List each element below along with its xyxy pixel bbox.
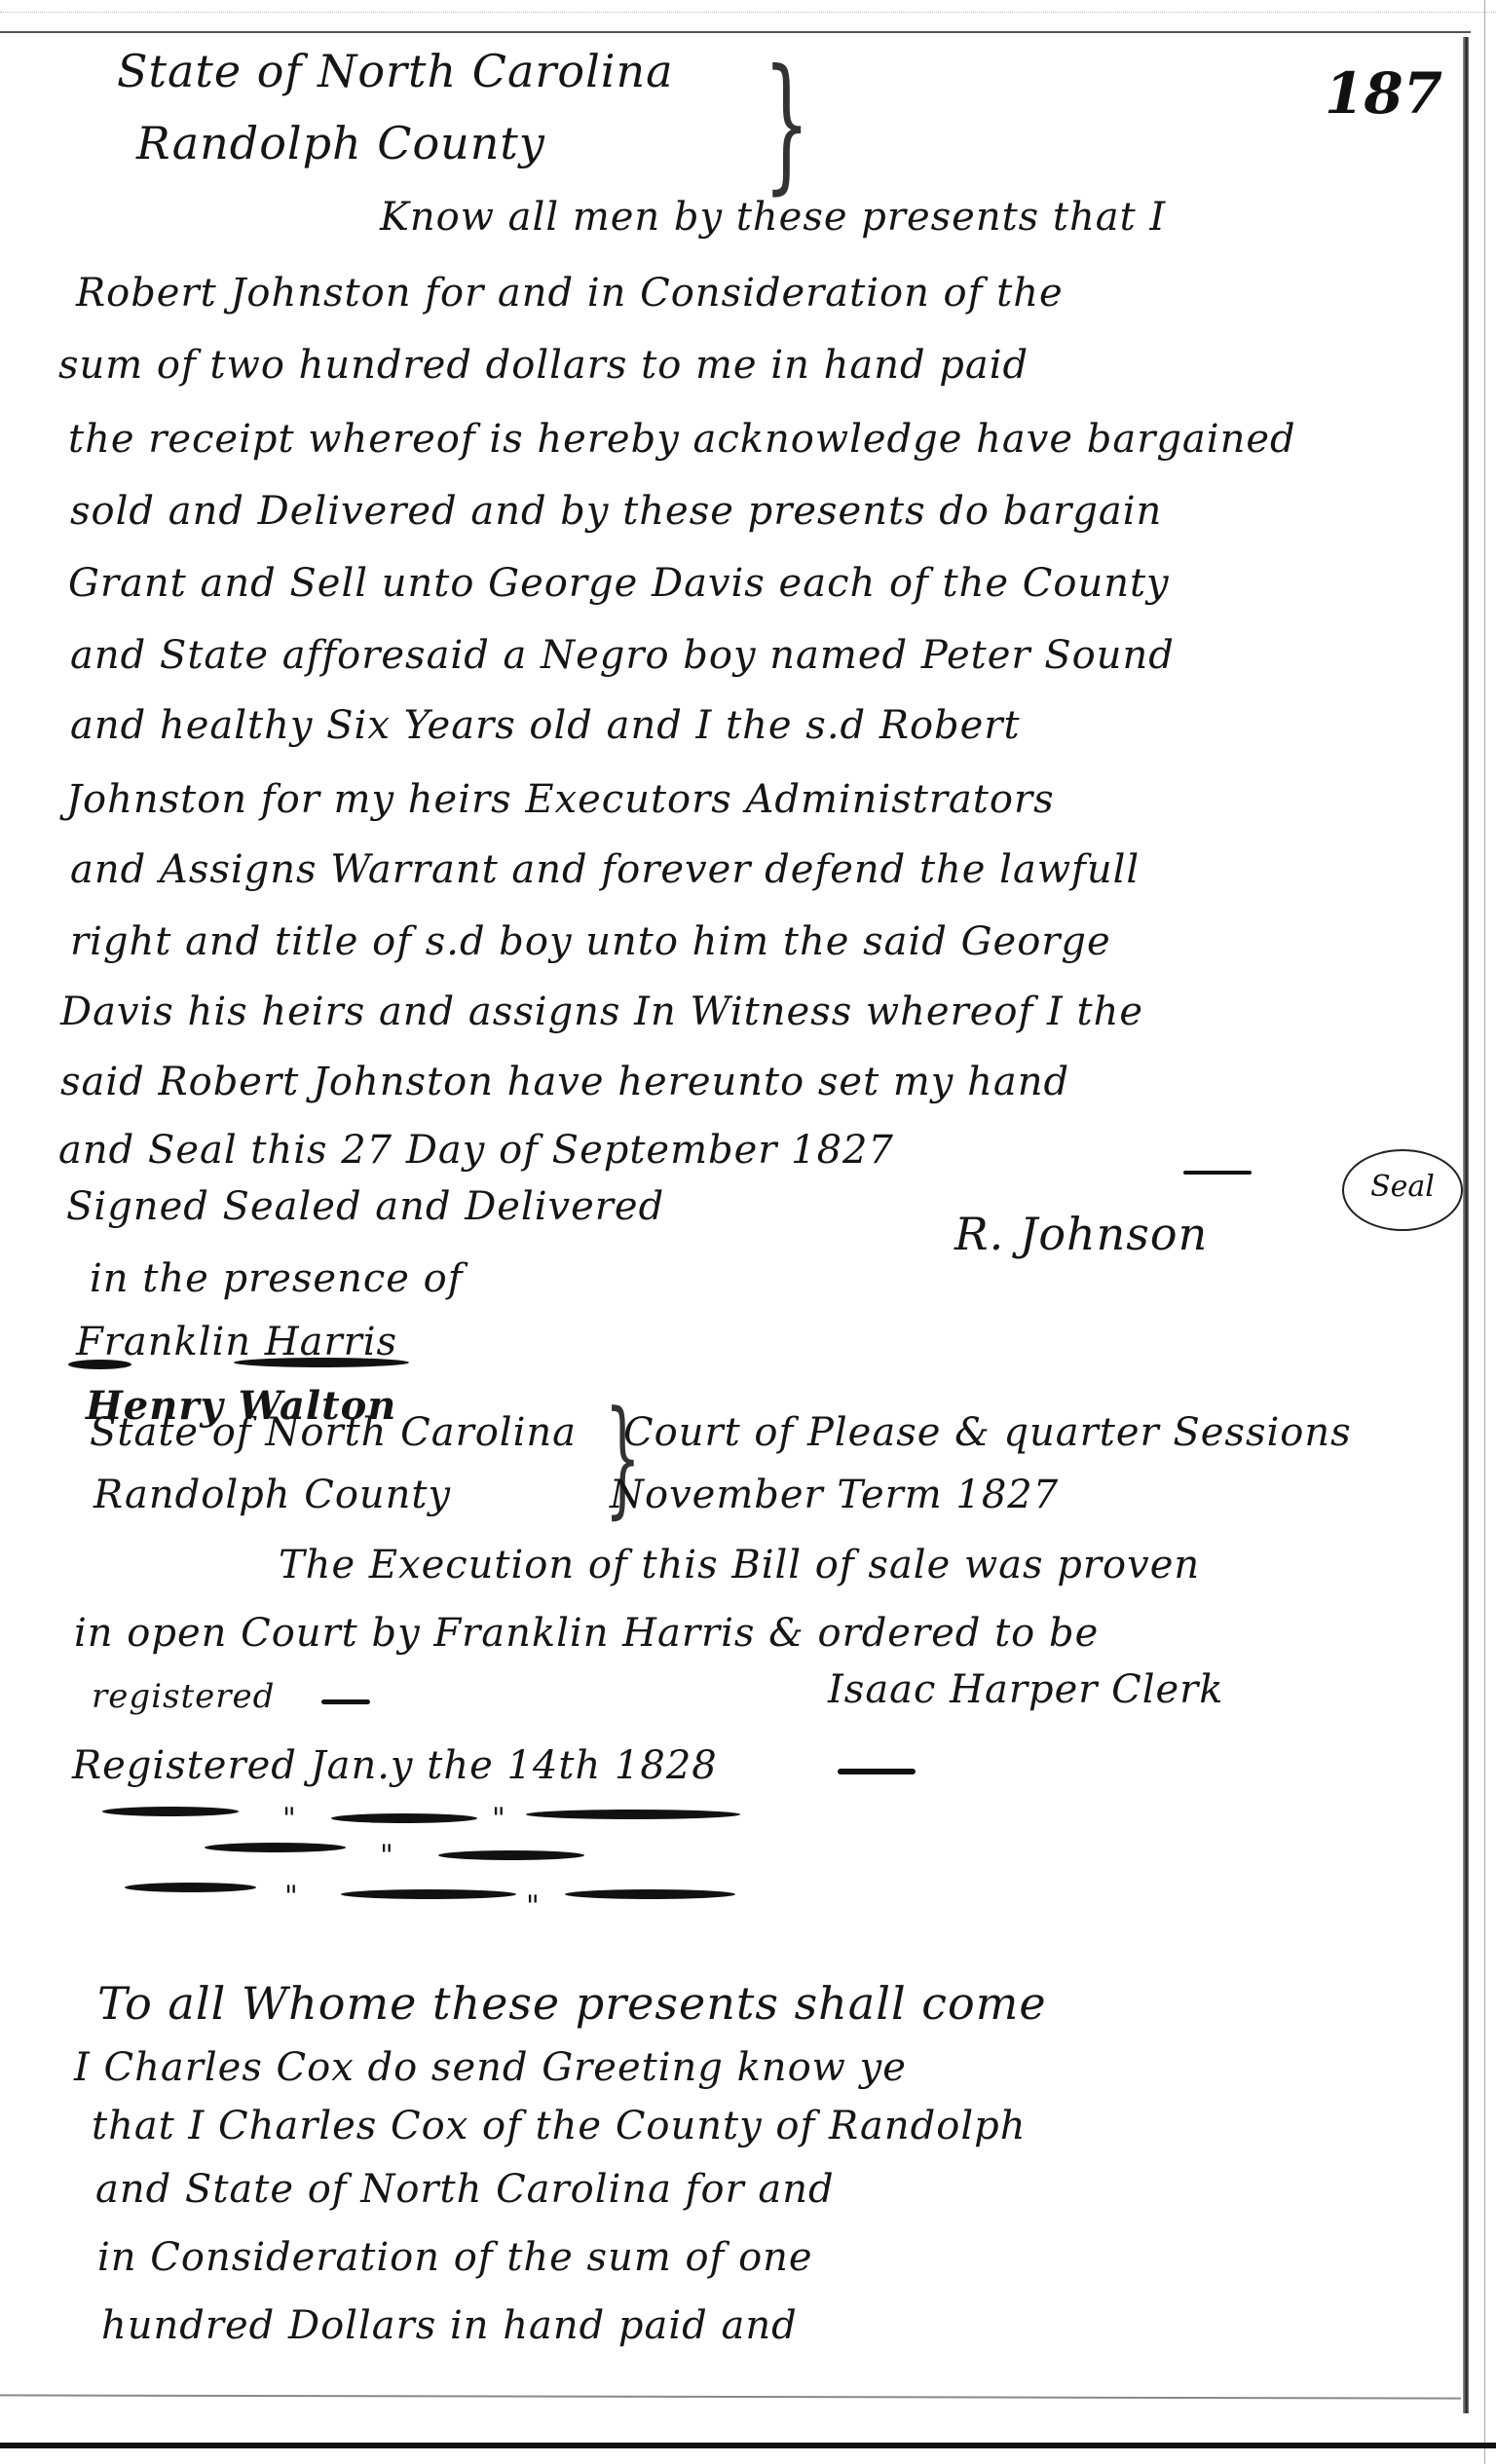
deed1-line: sum of two hundred dollars to me in hand… — [58, 343, 1028, 388]
page-bottom-edge — [0, 2394, 1461, 2399]
scan-right-border — [1484, 0, 1485, 2464]
deed1-line: right and title of s.d boy unto him the … — [70, 919, 1111, 964]
deed1-heading-state: State of North Carolina — [117, 45, 674, 97]
court-line: The Execution of this Bill of sale was p… — [279, 1543, 1200, 1587]
flourish-line — [341, 1889, 516, 1899]
deed2-line: that I Charles Cox of the County of Rand… — [92, 2104, 1027, 2148]
court-heading-county: Randolph County — [93, 1473, 451, 1517]
deed1-line: and healthy Six Years old and I the s.d … — [70, 703, 1021, 748]
seal-icon: Seal — [1342, 1149, 1463, 1231]
registered-flourish — [321, 1699, 370, 1704]
court-heading-state: State of North Carolina — [90, 1410, 577, 1455]
deed2-line: in Consideration of the sum of one — [97, 2235, 813, 2280]
flourish-line — [526, 1810, 740, 1819]
registered-underline — [838, 1769, 916, 1774]
ditto-mark: " — [380, 1839, 393, 1873]
registered-date: Registered Jan.y the 14th 1828 — [72, 1743, 718, 1788]
deed2-line: hundred Dollars in hand paid and — [101, 2303, 798, 2348]
deed1-line: said Robert Johnston have hereunto set m… — [60, 1060, 1069, 1104]
deed1-line: sold and Delivered and by these presents… — [70, 489, 1162, 534]
page-right-edge — [1463, 37, 1469, 2413]
deed2-line: I Charles Cox do send Greeting know ye — [74, 2045, 907, 2090]
ditto-mark: " — [282, 1802, 296, 1836]
deed1-line: Grant and Sell unto George Davis each of… — [68, 561, 1170, 606]
scan-edge-dots — [0, 12, 1496, 14]
witness-flourish — [234, 1358, 409, 1367]
deed2-line: To all Whome these presents shall come — [97, 1977, 1047, 2030]
deed1-line: Davis his heirs and assigns In Witness w… — [60, 989, 1143, 1034]
ditto-mark: " — [284, 1880, 298, 1914]
ditto-mark: " — [492, 1802, 505, 1836]
deed1-line: the receipt whereof is hereby acknowledg… — [68, 417, 1296, 462]
clerk-signature: Isaac Harper Clerk — [828, 1667, 1224, 1712]
deed1-line: and Assigns Warrant and forever defend t… — [70, 847, 1140, 892]
flourish-line — [565, 1889, 735, 1899]
page-top-border — [0, 31, 1471, 33]
deed1-line: and State afforesaid a Negro boy named P… — [70, 633, 1175, 678]
grantor-signature: R. Johnson — [954, 1208, 1208, 1260]
deed1-line: Know all men by these presents that I — [380, 195, 1166, 240]
flourish-line — [205, 1843, 346, 1852]
ditto-mark: " — [526, 1889, 540, 1923]
court-heading-term: November Term 1827 — [610, 1473, 1059, 1517]
flourish-line — [102, 1807, 239, 1816]
deed2-line: and State of North Carolina for and — [95, 2167, 835, 2212]
deed1-line: Johnston for my heirs Executors Administ… — [66, 777, 1055, 822]
witness-flourish — [68, 1360, 131, 1369]
attestation-presence: in the presence of — [90, 1256, 464, 1301]
attestation-signed-sealed: Signed Sealed and Delivered — [66, 1184, 664, 1229]
court-line: registered — [92, 1677, 275, 1716]
deed1-line: and Seal this 27 Day of September 1827 — [58, 1128, 894, 1173]
heading-brace-icon: } — [764, 39, 810, 208]
flourish-line — [331, 1813, 477, 1823]
page-number: 187 — [1325, 60, 1442, 127]
court-heading-session: Court of Please & quarter Sessions — [623, 1410, 1352, 1455]
flourish-line — [125, 1883, 256, 1892]
deed1-heading-county: Randolph County — [136, 117, 545, 169]
court-line: in open Court by Franklin Harris & order… — [74, 1611, 1099, 1656]
deed1-line: Robert Johnston for and in Consideration… — [76, 271, 1064, 316]
document-page: 187 State of North Carolina Randolph Cou… — [0, 0, 1496, 2464]
date-flourish — [1183, 1171, 1252, 1175]
scan-bottom-border — [0, 2443, 1496, 2448]
flourish-line — [438, 1850, 584, 1860]
